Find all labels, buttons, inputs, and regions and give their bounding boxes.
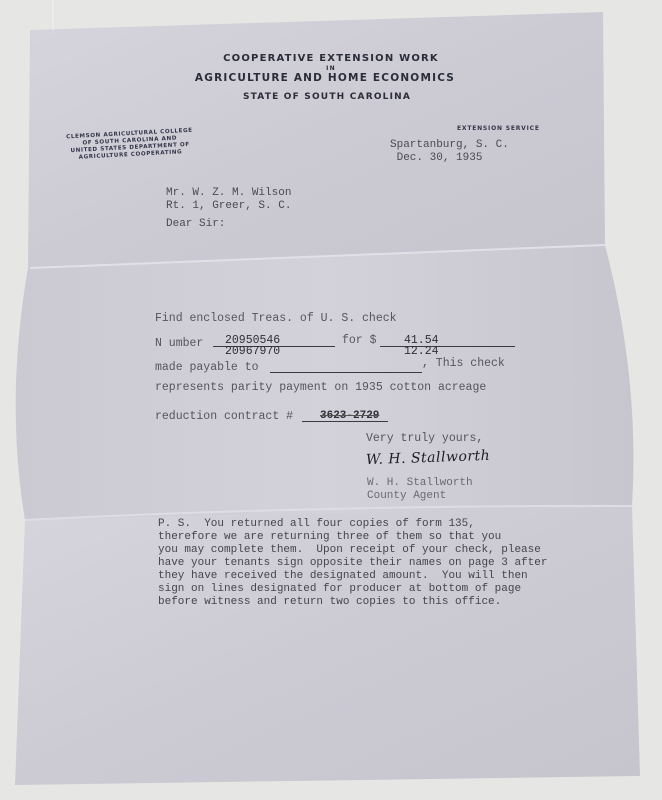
recipient-street: Rt. 1, Greer, S. C.: [166, 200, 291, 212]
recipient-name: Mr. W. Z. M. Wilson: [166, 187, 291, 199]
salutation: Dear Sir:: [166, 218, 225, 231]
contract-number: 3623-2729: [320, 410, 379, 423]
letter-date: Dec. 30, 1935: [397, 152, 483, 164]
ps-line: sign on lines designated for producer at…: [158, 583, 547, 596]
check-number-2: 20967970: [225, 345, 280, 358]
amount-underline: [380, 346, 515, 347]
signer-name: W. H. Stallworth: [367, 477, 473, 489]
letterhead-line-3: AGRICULTURE AND HOME ECONOMICS: [0, 72, 656, 84]
contract-label: reduction contract #: [155, 410, 293, 423]
signer-block: W. H. Stallworth County Agent: [367, 477, 473, 503]
extension-service-label: EXTENSION SERVICE: [457, 125, 540, 132]
this-check-text: , This check: [422, 357, 505, 370]
ps-line: P. S. You returned all four copies of fo…: [158, 518, 547, 531]
sender-place-date: Spartanburg, S. C. Dec. 30, 1935: [390, 139, 509, 165]
recipient-address: Mr. W. Z. M. Wilson Rt. 1, Greer, S. C.: [166, 187, 291, 213]
ps-line: you may complete them. Upon receipt of y…: [158, 544, 547, 557]
payable-label: made payable to: [155, 361, 259, 374]
sender-place: Spartanburg, S. C.: [390, 139, 509, 151]
ps-line: therefore we are returning three of them…: [158, 531, 547, 544]
ps-line: they have received the designated amount…: [158, 570, 547, 583]
ps-line: before witness and return two copies to …: [158, 596, 547, 609]
letterhead-line-1: COOPERATIVE EXTENSION WORK: [0, 53, 662, 64]
letterhead-line-2: IN: [0, 65, 662, 72]
closing: Very truly yours,: [366, 432, 483, 445]
postscript: P. S. You returned all four copies of fo…: [158, 518, 547, 609]
letter-paper: [0, 0, 662, 800]
payable-to-blank-line: [270, 372, 422, 373]
letterhead-state: STATE OF SOUTH CAROLINA: [0, 92, 658, 102]
signer-title: County Agent: [367, 490, 446, 502]
for-label: for $: [342, 334, 377, 347]
body-line-1: Find enclosed Treas. of U. S. check: [155, 312, 397, 325]
number-label: N umber: [155, 337, 203, 350]
ps-line: have your tenants sign opposite their na…: [158, 557, 547, 570]
body-line-4: represents parity payment on 1935 cotton…: [155, 381, 486, 394]
paper-shape: [0, 0, 662, 800]
